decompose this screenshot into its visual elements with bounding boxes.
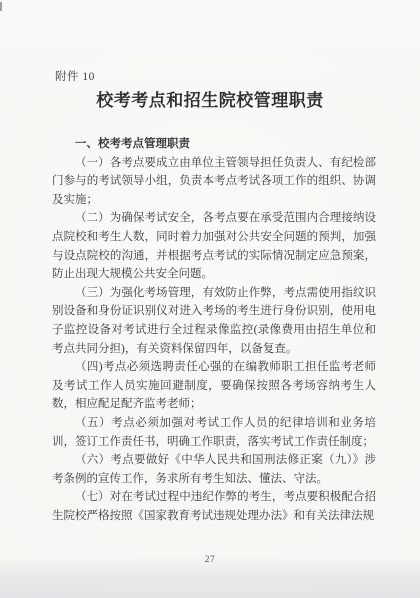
document-title: 校考考点和招生院校管理职责 bbox=[0, 86, 420, 111]
document-body: 一、校考考点管理职责 （一）各考点要成立由单位主管领导担任负责人、有纪检部门参与… bbox=[52, 135, 376, 525]
paragraph-2: （二）为确保考试安全，各考点要在承受范围内合理接纳设点院校和考生人数，同时着力加… bbox=[52, 209, 376, 283]
paragraph-4: （四)考点必须选聘责任心强的在编教师职工担任监考老师及考试工作人员实施回避制度，… bbox=[52, 358, 376, 414]
paragraph-7: （七）对在考试过程中违纪作弊的考生，考点要积极配合招生院校严格按照《国家教育考试… bbox=[52, 488, 376, 525]
paragraph-1: （一）各考点要成立由单位主管领导担任负责人、有纪检部门参与的考试领导小组，负责本… bbox=[52, 154, 376, 210]
paragraph-3: （三）为强化考场管理，有效防止作弊，考点需使用指纹识别设备和身份证识别仪对进入考… bbox=[52, 284, 376, 358]
section-heading: 一、校考考点管理职责 bbox=[52, 135, 376, 154]
scan-edge-artifact bbox=[0, 2, 2, 11]
page-number: 27 bbox=[0, 555, 420, 565]
paragraph-6: （六）考点要做好《中华人民共和国刑法修正案（九）》涉考条例的宣传工作，务求所有考… bbox=[52, 451, 376, 488]
attachment-label: 附件 10 bbox=[55, 68, 95, 84]
scanned-document-page: 附件 10 校考考点和招生院校管理职责 一、校考考点管理职责 （一）各考点要成立… bbox=[0, 0, 420, 598]
paragraph-5: （五）考点必须加强对考试工作人员的纪律培训和业务培训，签订工作责任书，明确工作职… bbox=[52, 414, 376, 451]
